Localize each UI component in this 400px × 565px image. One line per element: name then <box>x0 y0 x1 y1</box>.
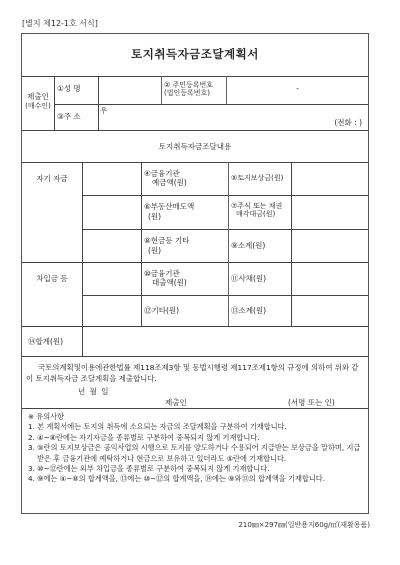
address-field[interactable]: 우 <box>100 106 107 115</box>
cash-other-field[interactable] <box>142 230 228 262</box>
address-label: ③주 소 <box>57 112 81 121</box>
securities-sale-label: ⑦주식 또는 채권 <box>231 202 282 210</box>
rrn-field[interactable]: - <box>227 84 368 93</box>
paper-spec-footer: 210㎜×297㎜(일반용지60g/㎡(재활용품) <box>238 520 370 530</box>
notes-heading: ※ 유의사항 <box>28 412 362 422</box>
land-compensation-field[interactable] <box>292 163 368 195</box>
form-id: [별지 제12-1호 서식] <box>22 18 98 29</box>
applicant-group-label: 제출인 <box>22 92 54 101</box>
declaration-date: 년 월 일 <box>78 387 110 396</box>
borrowed-funds-label: 차입금 등 <box>22 274 82 283</box>
form-title: 토지취득자금조달계획서 <box>22 46 368 62</box>
note-item: 3. ⑤란의 토지보상금은 공익사업의 시행으로 토지를 양도하거나 수용되어 … <box>28 443 362 464</box>
funding-section-header: 토지취득자금조달내용 <box>22 142 368 151</box>
rrn-label: ② 주민등록번호 <box>164 81 213 89</box>
borrowed-subtotal-label: ⑬소계(원) <box>231 306 266 315</box>
name-label: ①성 명 <box>57 84 97 93</box>
form-frame: 토지취득자금조달계획서 제출인 (매수인) ①성 명 ② 주민등록번호 (법인등… <box>21 33 369 514</box>
total-field[interactable] <box>83 327 368 356</box>
signature-label[interactable]: (서명 또는 인) <box>288 398 335 407</box>
note-item: 3. ⑩~⑫란에는 외부 차입금을 종류별로 구분하여 중복되지 않게 기재합니… <box>28 464 362 474</box>
own-funds-label: 자기 자금 <box>22 174 82 183</box>
borrowed-subtotal-field[interactable] <box>292 296 368 326</box>
own-subtotal-label: ⑨소계(원) <box>231 241 265 250</box>
declaration-text: 국토의계획및이용에관한법률 제118조제3항 및 동법시행령 제117조제1항의… <box>26 362 364 384</box>
notes-section: ※ 유의사항 1. 본 계획서에는 토지의 취득에 소요되는 자금의 조달계획을… <box>28 412 362 485</box>
total-label: ⑭합계(원) <box>28 337 63 346</box>
submitter-label: 제출인 <box>165 398 187 407</box>
note-item: 4. ⑨에는 ④~⑧의 합계액을, ⑬에는 ⑩~⑫의 합계액을, ⑭에는 ⑨와⑬… <box>28 474 362 484</box>
bonds-field[interactable] <box>292 263 368 295</box>
phone-label: (전화 : ) <box>334 118 362 127</box>
bonds-label: ⑪사채(원) <box>231 274 266 283</box>
other-borrowing-field[interactable] <box>142 296 228 326</box>
bank-loan-field[interactable] <box>142 263 228 295</box>
applicant-group-sublabel: (매수인) <box>22 102 54 111</box>
note-item: 1. 본 계획서에는 토지의 취득에 소요되는 자금의 조달계획을 구분하여 기… <box>28 422 362 432</box>
real-estate-sale-field[interactable] <box>142 196 228 229</box>
own-subtotal-field[interactable] <box>292 230 368 262</box>
land-compensation-label: ⑤토지보상금(원) <box>231 174 283 183</box>
note-item: 2. ④~⑧란에는 자기자금을 종류별로 구분하여 중복되지 않게 기재합니다. <box>28 433 362 443</box>
securities-sale-field[interactable] <box>292 196 368 229</box>
rrn-sublabel: (법인등록번호) <box>164 89 210 97</box>
bank-deposit-field[interactable] <box>142 163 228 195</box>
securities-sale-sublabel: 매각대금(원) <box>236 210 275 218</box>
name-field[interactable] <box>99 77 161 104</box>
